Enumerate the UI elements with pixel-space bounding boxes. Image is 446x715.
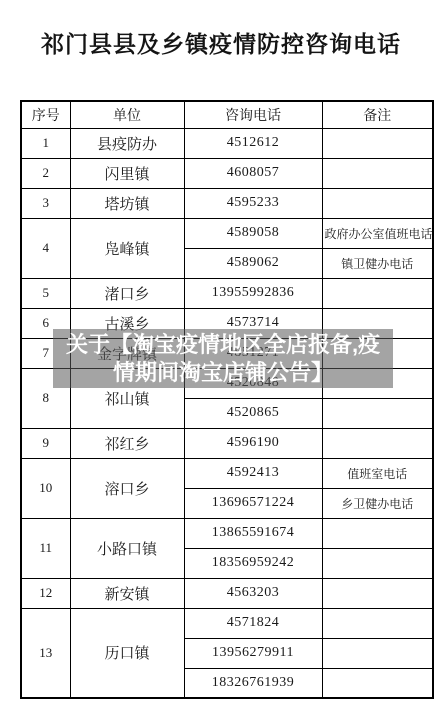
cell-note <box>322 398 433 428</box>
cell-unit: 凫峰镇 <box>70 218 184 278</box>
cell-unit: 渚口乡 <box>70 278 184 308</box>
cell-phone: 4512612 <box>184 128 322 158</box>
cell-no: 9 <box>21 428 70 458</box>
cell-no: 11 <box>21 518 70 578</box>
cell-unit: 闪里镇 <box>70 158 184 188</box>
cell-note <box>322 128 433 158</box>
cell-phone: 4592413 <box>184 458 322 488</box>
table-row: 10溶口乡4592413值班室电话 <box>21 458 433 488</box>
table-row: 12新安镇4563203 <box>21 578 433 608</box>
cell-phone: 4563203 <box>184 578 322 608</box>
table-row: 11小路口镇13865591674 <box>21 518 433 548</box>
cell-no: 2 <box>21 158 70 188</box>
cell-unit: 县疫防办 <box>70 128 184 158</box>
cell-phone: 4596190 <box>184 428 322 458</box>
table-body: 1县疫防办45126122闪里镇46080573塔坊镇45952334凫峰镇45… <box>21 128 433 698</box>
cell-phone: 4571824 <box>184 608 322 638</box>
cell-no: 12 <box>21 578 70 608</box>
cell-unit: 祁红乡 <box>70 428 184 458</box>
page: 祁门县县及乡镇疫情防控咨询电话 序号 单位 咨询电话 备注 1县疫防办45126… <box>0 0 446 715</box>
table-header: 序号 单位 咨询电话 备注 <box>21 101 433 128</box>
watermark-line-2: 情期间淘宝店铺公告】 <box>113 359 333 387</box>
cell-no: 13 <box>21 608 70 698</box>
cell-unit: 塔坊镇 <box>70 188 184 218</box>
table-row: 4凫峰镇4589058政府办公室值班电话 <box>21 218 433 248</box>
cell-note <box>322 668 433 698</box>
col-header-note: 备注 <box>322 101 433 128</box>
cell-note: 值班室电话 <box>322 458 433 488</box>
cell-note: 政府办公室值班电话 <box>322 218 433 248</box>
cell-unit: 溶口乡 <box>70 458 184 518</box>
cell-note: 乡卫健办电话 <box>322 488 433 518</box>
table-row: 1县疫防办4512612 <box>21 128 433 158</box>
header-row: 序号 单位 咨询电话 备注 <box>21 101 433 128</box>
cell-no: 4 <box>21 218 70 278</box>
cell-unit: 小路口镇 <box>70 518 184 578</box>
cell-phone: 4595233 <box>184 188 322 218</box>
cell-note <box>322 548 433 578</box>
cell-note <box>322 158 433 188</box>
cell-note <box>322 578 433 608</box>
cell-unit: 新安镇 <box>70 578 184 608</box>
cell-note <box>322 518 433 548</box>
cell-note <box>322 428 433 458</box>
table-row: 3塔坊镇4595233 <box>21 188 433 218</box>
phone-table: 序号 单位 咨询电话 备注 1县疫防办45126122闪里镇46080573塔坊… <box>20 100 434 699</box>
cell-phone: 18326761939 <box>184 668 322 698</box>
cell-note <box>322 278 433 308</box>
cell-phone: 4589062 <box>184 248 322 278</box>
cell-no: 5 <box>21 278 70 308</box>
table-row: 13历口镇4571824 <box>21 608 433 638</box>
cell-no: 10 <box>21 458 70 518</box>
col-header-no: 序号 <box>21 101 70 128</box>
cell-no: 1 <box>21 128 70 158</box>
col-header-phone: 咨询电话 <box>184 101 322 128</box>
cell-phone: 4608057 <box>184 158 322 188</box>
cell-note <box>322 638 433 668</box>
cell-phone: 13956279911 <box>184 638 322 668</box>
cell-phone: 4520865 <box>184 398 322 428</box>
cell-note: 镇卫健办电话 <box>322 248 433 278</box>
watermark-overlay: 关于【淘宝疫情地区全店报备,疫 情期间淘宝店铺公告】 <box>53 329 393 388</box>
cell-phone: 13955992836 <box>184 278 322 308</box>
watermark-line-1: 关于【淘宝疫情地区全店报备,疫 <box>66 331 380 359</box>
col-header-unit: 单位 <box>70 101 184 128</box>
page-title: 祁门县县及乡镇疫情防控咨询电话 <box>41 26 401 59</box>
cell-phone: 4589058 <box>184 218 322 248</box>
cell-no: 3 <box>21 188 70 218</box>
table-row: 5渚口乡13955992836 <box>21 278 433 308</box>
cell-note <box>322 608 433 638</box>
cell-phone: 13696571224 <box>184 488 322 518</box>
cell-note <box>322 188 433 218</box>
table-row: 2闪里镇4608057 <box>21 158 433 188</box>
cell-phone: 13865591674 <box>184 518 322 548</box>
table-row: 9祁红乡4596190 <box>21 428 433 458</box>
cell-unit: 历口镇 <box>70 608 184 698</box>
cell-phone: 18356959242 <box>184 548 322 578</box>
